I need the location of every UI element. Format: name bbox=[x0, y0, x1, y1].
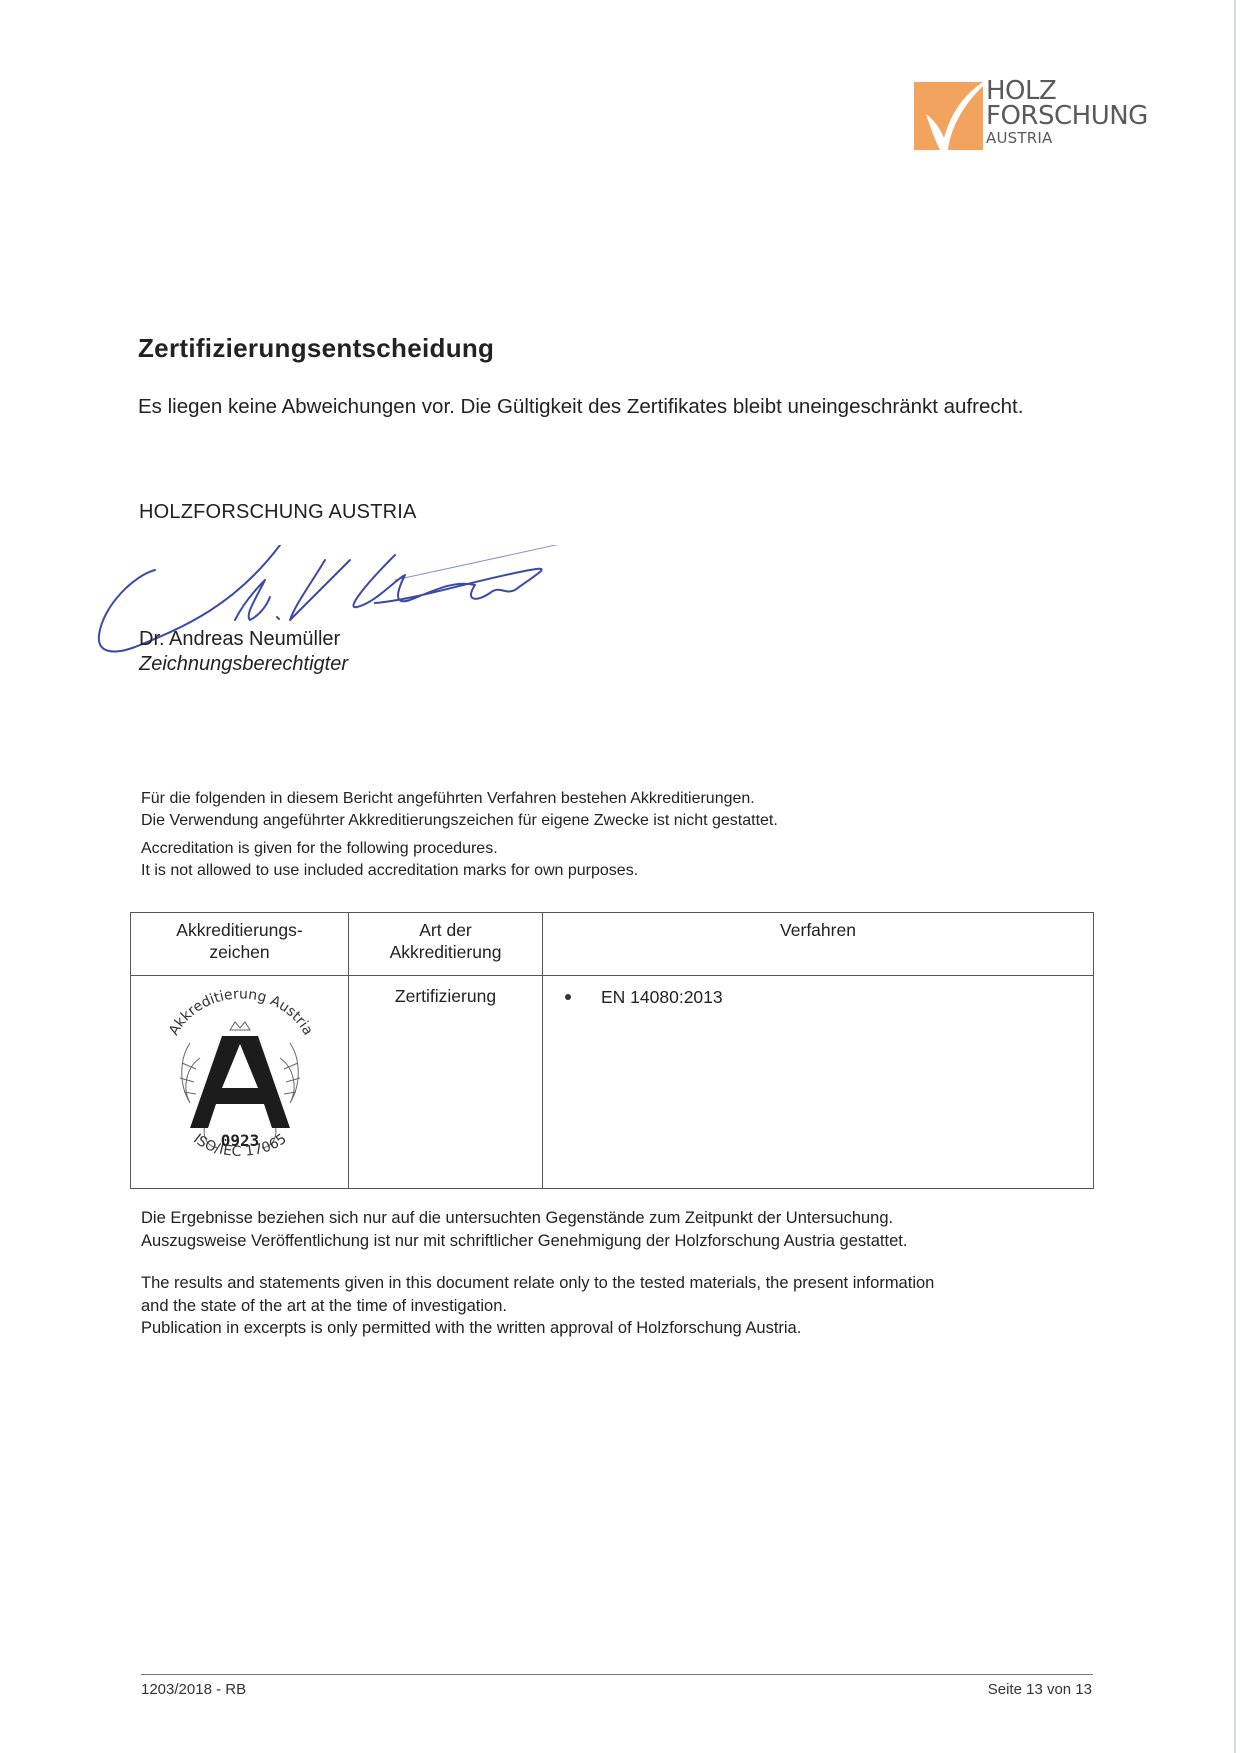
page-title: Zertifizierungsentscheidung bbox=[138, 333, 494, 364]
procedure-item: EN 14080:2013 bbox=[565, 986, 1093, 1008]
page-edge bbox=[1234, 0, 1236, 1753]
footer-page-number: Seite 13 von 13 bbox=[900, 1681, 1092, 1698]
accreditation-table: Akkreditierungs- zeichen Art der Akkredi… bbox=[130, 912, 1094, 1189]
disclaimer-en-line-2: and the state of the art at the time of … bbox=[141, 1295, 1121, 1318]
decision-text: Es liegen keine Abweichungen vor. Die Gü… bbox=[138, 394, 1098, 420]
checkmark-leaf-icon bbox=[914, 82, 983, 150]
accreditation-mark-cell: Akkreditierung Austria 0923 ISO/IEC 1706… bbox=[131, 976, 349, 1189]
accreditation-de-line-1: Für die folgenden in diesem Bericht ange… bbox=[141, 788, 1101, 810]
procedure-cell: EN 14080:2013 bbox=[543, 976, 1094, 1189]
table-header-row: Akkreditierungs- zeichen Art der Akkredi… bbox=[131, 913, 1094, 976]
procedure-list: EN 14080:2013 bbox=[543, 976, 1093, 1008]
accreditation-en-line-2: It is not allowed to use included accred… bbox=[141, 860, 1101, 882]
footer-reference: 1203/2018 - RB bbox=[141, 1681, 246, 1698]
logo-line-2: FORSCHUNG bbox=[986, 104, 1148, 129]
header-col2-line1: Art der bbox=[349, 919, 542, 941]
akkreditierung-austria-seal-icon: Akkreditierung Austria 0923 ISO/IEC 1706… bbox=[160, 988, 320, 1188]
accreditation-notice-en: Accreditation is given for the following… bbox=[141, 838, 1101, 882]
logo-wordmark: HOLZ FORSCHUNG AUSTRIA bbox=[986, 79, 1148, 147]
svg-text:Akkreditierung Austria: Akkreditierung Austria bbox=[166, 988, 316, 1038]
header-col1-line2: zeichen bbox=[131, 941, 348, 963]
seal-arc-text: Akkreditierung Austria bbox=[166, 988, 316, 1038]
signer-role: Zeichnungsberechtigter bbox=[139, 653, 348, 676]
organization-name: HOLZFORSCHUNG AUSTRIA bbox=[139, 501, 417, 524]
header-col1-line1: Akkreditierungs- bbox=[131, 919, 348, 941]
footer-divider bbox=[141, 1674, 1093, 1675]
disclaimer-de: Die Ergebnisse beziehen sich nur auf die… bbox=[141, 1207, 1121, 1252]
accreditation-notice-de: Für die folgenden in diesem Bericht ange… bbox=[141, 788, 1101, 832]
signer-name: Dr. Andreas Neumüller bbox=[139, 628, 340, 651]
logo-line-3: AUSTRIA bbox=[986, 129, 1148, 147]
holzforschung-logo: HOLZ FORSCHUNG AUSTRIA bbox=[914, 82, 1154, 152]
disclaimer-en-line-1: The results and statements given in this… bbox=[141, 1272, 1121, 1295]
disclaimer-de-line-2: Auszugsweise Veröffentlichung ist nur mi… bbox=[141, 1230, 1121, 1253]
accreditation-de-line-2: Die Verwendung angeführter Akkreditierun… bbox=[141, 810, 1101, 832]
header-col2-line2: Akkreditierung bbox=[349, 941, 542, 963]
accreditation-type-cell: Zertifizierung bbox=[349, 976, 543, 1189]
table-row: Akkreditierung Austria 0923 ISO/IEC 1706… bbox=[131, 976, 1094, 1189]
accreditation-en-line-1: Accreditation is given for the following… bbox=[141, 838, 1101, 860]
header-accreditation-mark: Akkreditierungs- zeichen bbox=[131, 913, 349, 976]
disclaimer-en-line-3: Publication in excerpts is only permitte… bbox=[141, 1317, 1121, 1340]
disclaimer-en: The results and statements given in this… bbox=[141, 1272, 1121, 1340]
disclaimer-de-line-1: Die Ergebnisse beziehen sich nur auf die… bbox=[141, 1207, 1121, 1230]
header-accreditation-type: Art der Akkreditierung bbox=[349, 913, 543, 976]
header-procedure: Verfahren bbox=[543, 913, 1094, 976]
